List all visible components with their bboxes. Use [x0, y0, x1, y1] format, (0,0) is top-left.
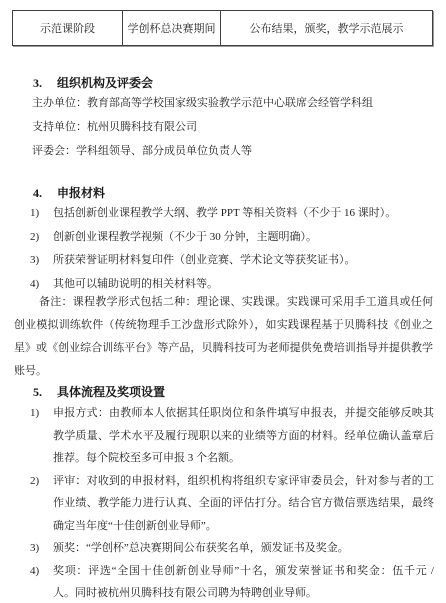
document-page: 示范课阶段 学创杯总决赛期间 公布结果，颁奖，教学示范展示 3.组织机构及评委会… — [0, 0, 446, 603]
list-item-text: 颁奖：“学创杯”总决赛期间公布获奖名单，颁发证书及奖金。 — [53, 537, 434, 560]
list-item-number: 1) — [30, 402, 53, 470]
list-item-text: 奖项：评选“全国十佳创新创业导师”十名，颁发荣誉证书和奖金：伍千元 / 人。同时… — [53, 560, 434, 603]
section4-list: 1) 包括创新创业课程教学大纲、教学 PPT 等相关资料（不少于 16 课时）。… — [30, 202, 434, 296]
list-item-number: 4) — [30, 560, 53, 603]
list-item: 4) 奖项：评选“全国十佳创新创业导师”十名，颁发荣誉证书和奖金：伍千元 / 人… — [30, 560, 434, 603]
list-item-text: 所获荣誉证明材料复印件（创业竞赛、学术论文等获奖证书）。 — [53, 249, 434, 273]
heading-title: 申报材料 — [57, 186, 105, 200]
list-item-text: 包括创新创业课程教学大纲、教学 PPT 等相关资料（不少于 16 课时）。 — [53, 202, 434, 226]
list-item-number: 3) — [30, 249, 53, 273]
schedule-table: 示范课阶段 学创杯总决赛期间 公布结果，颁奖，教学示范展示 — [12, 10, 433, 46]
section5-list: 1) 申报方式：由教师本人依据其任职岗位和条件填写申报表，并提交能够反映其教学质… — [30, 402, 434, 603]
list-item: 3) 所获荣誉证明材料复印件（创业竞赛、学术论文等获奖证书）。 — [30, 249, 434, 273]
list-item-text: 创新创业课程教学视频（不少于 30 分钟，主题明确）。 — [53, 226, 434, 250]
table-cell-time: 学创杯总决赛期间 — [123, 11, 221, 45]
list-item-number: 2) — [30, 226, 53, 250]
heading-number: 4. — [33, 186, 57, 201]
section3-body: 主办单位：教育部高等学校国家级实验教学示范中心联席会经管学科组 支持单位：杭州贝… — [32, 91, 436, 163]
section-heading-organization: 3.组织机构及评委会 — [33, 74, 153, 91]
table-cell-phase: 示范课阶段 — [13, 11, 123, 45]
list-item-text: 申报方式：由教师本人依据其任职岗位和条件填写申报表，并提交能够反映其教学质量、学… — [53, 402, 434, 470]
list-item: 3) 颁奖：“学创杯”总决赛期间公布获奖名单，颁发证书及奖金。 — [30, 537, 434, 560]
heading-number: 3. — [33, 76, 57, 91]
list-item: 1) 包括创新创业课程教学大纲、教学 PPT 等相关资料（不少于 16 课时）。 — [30, 202, 434, 226]
section-heading-process-awards: 5.具体流程及奖项设置 — [33, 383, 165, 400]
organizer-line: 主办单位：教育部高等学校国家级实验教学示范中心联席会经管学科组 — [32, 91, 436, 115]
list-item-text: 评审：对收到的申报材料，组织机构将组织专家评审委员会，针对参与者的工作业绩、教学… — [53, 470, 434, 538]
table-cell-content: 公布结果，颁奖，教学示范展示 — [221, 11, 432, 45]
section-heading-materials: 4.申报材料 — [33, 184, 105, 201]
heading-title: 具体流程及奖项设置 — [57, 385, 165, 399]
heading-number: 5. — [33, 385, 57, 400]
list-item-number: 2) — [30, 470, 53, 538]
list-item: 1) 申报方式：由教师本人依据其任职岗位和条件填写申报表，并提交能够反映其教学质… — [30, 402, 434, 470]
heading-title: 组织机构及评委会 — [57, 76, 153, 90]
jury-line: 评委会：学科组领导、部分成员单位负责人等 — [32, 139, 436, 163]
note-paragraph: 备注：课程教学形式包括二种：理论课、实践课。实践课可采用手工道具或任何创业模拟训… — [14, 291, 433, 383]
list-item: 2) 评审：对收到的申报材料，组织机构将组织专家评审委员会，针对参与者的工作业绩… — [30, 470, 434, 538]
list-item: 2) 创新创业课程教学视频（不少于 30 分钟，主题明确）。 — [30, 226, 434, 250]
list-item-number: 3) — [30, 537, 53, 560]
list-item-number: 1) — [30, 202, 53, 226]
supporter-line: 支持单位：杭州贝腾科技有限公司 — [32, 115, 436, 139]
